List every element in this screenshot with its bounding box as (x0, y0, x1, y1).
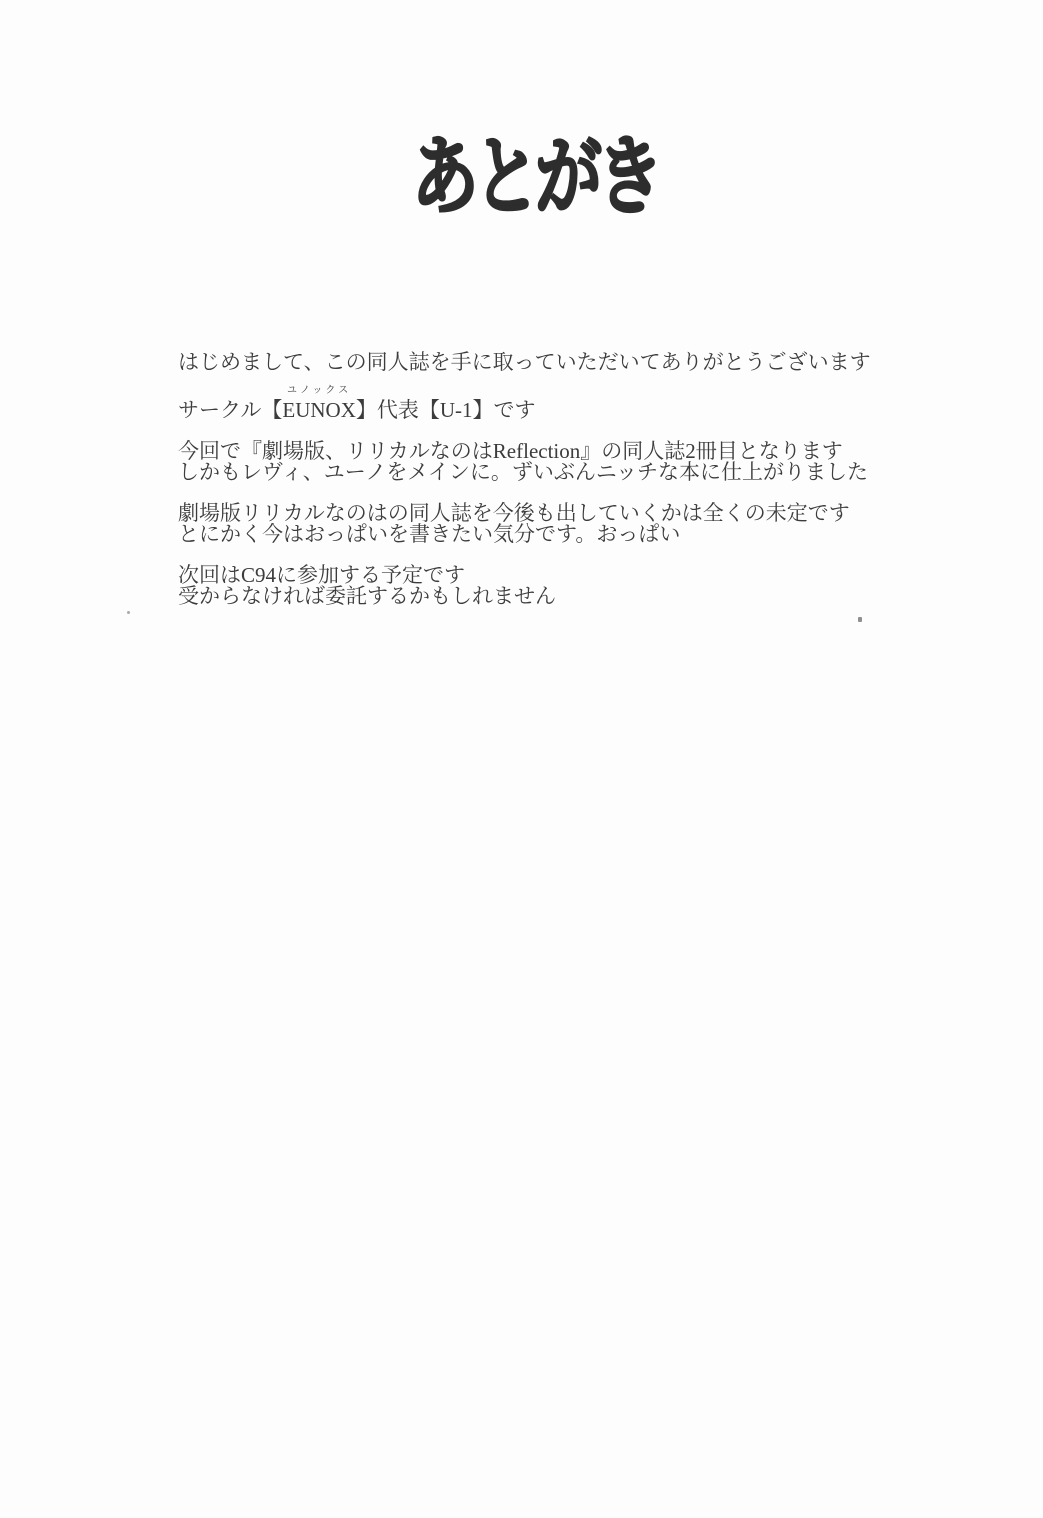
paragraph-book: 今回で『劇場版、リリカルなのはReflection』の同人誌2冊目となります し… (178, 441, 871, 483)
afterword-page: あとがき はじめまして、この同人誌を手に取っていただいてありがとうございます サ… (0, 0, 1043, 1518)
page-title-container: あとがき (26, 134, 1043, 220)
circle-suffix: 】代表【U-1】です (356, 398, 536, 422)
circle-prefix: サークル【 (178, 398, 282, 422)
page-title: あとがき (411, 134, 657, 220)
scan-speck (858, 617, 862, 622)
text-line: とにかく今はおっぱいを書きたい気分です。おっぱい (178, 524, 871, 545)
paragraph-future: 劇場版リリカルなのはの同人誌を今後も出していくかは全くの未定です とにかく今はお… (178, 503, 871, 545)
text-line-circle: サークル【EUNOXユノックス】代表【U-1】です (178, 400, 871, 421)
text-line: 劇場版リリカルなのはの同人誌を今後も出していくかは全くの未定です (178, 503, 871, 524)
text-line: はじめまして、この同人誌を手に取っていただいてありがとうございます (178, 352, 871, 373)
afterword-text: はじめまして、この同人誌を手に取っていただいてありがとうございます サークル【E… (178, 352, 871, 627)
paragraph-greeting: はじめまして、この同人誌を手に取っていただいてありがとうございます サークル【E… (178, 352, 871, 421)
text-line: しかもレヴィ、ユーノをメインに。ずいぶんニッチな本に仕上がりました (178, 462, 871, 483)
circle-furigana: ユノックス (282, 386, 356, 396)
circle-name: EUNOXユノックス (282, 400, 356, 421)
text-line: 次回はC94に参加する予定です (178, 565, 871, 586)
text-line: 今回で『劇場版、リリカルなのはReflection』の同人誌2冊目となります (178, 441, 871, 462)
scan-speck (127, 611, 130, 614)
circle-name-text: EUNOX (282, 398, 356, 422)
paragraph-next-event: 次回はC94に参加する予定です 受からなければ委託するかもしれません (178, 565, 871, 607)
text-line: 受からなければ委託するかもしれません (178, 586, 871, 607)
